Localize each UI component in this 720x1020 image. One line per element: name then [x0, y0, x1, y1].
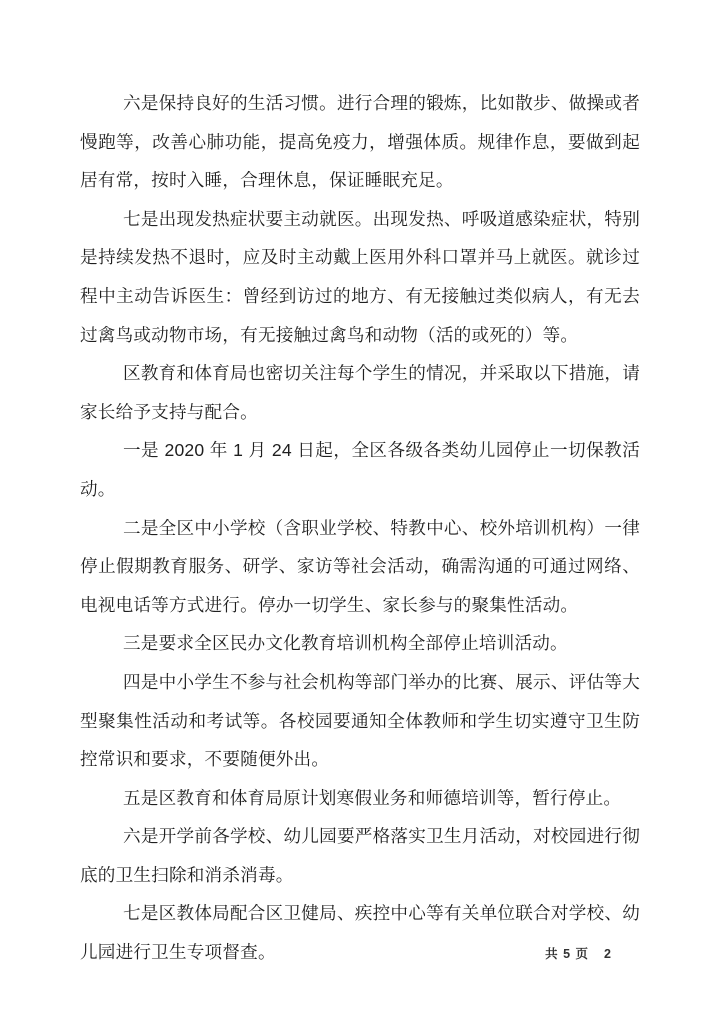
footer-total-pages: 共 5 页 [545, 944, 589, 962]
paragraph: 四是中小学生不参与社会机构等部门举办的比赛、展示、评估等大型聚集性活动和考试等。… [80, 663, 640, 779]
paragraph: 七是出现发热症状要主动就医。出现发热、呼吸道感染症状，特别是持续发热不退时，应及… [80, 200, 640, 354]
footer-page-number: 2 [604, 947, 612, 961]
paragraph: 一是 2020 年 1 月 24 日起，全区各级各类幼儿园停止一切保教活动。 [80, 431, 640, 508]
document-body: 六是保持良好的生活习惯。进行合理的锻炼，比如散步、做操或者慢跑等，改善心肺功能，… [80, 84, 640, 972]
paragraph: 区教育和体育局也密切关注每个学生的情况，并采取以下措施，请家长给予支持与配合。 [80, 354, 640, 431]
paragraph: 六是保持良好的生活习惯。进行合理的锻炼，比如散步、做操或者慢跑等，改善心肺功能，… [80, 84, 640, 200]
page-footer: 共 5 页 2 [545, 944, 612, 962]
document-page: 六是保持良好的生活习惯。进行合理的锻炼，比如散步、做操或者慢跑等，改善心肺功能，… [0, 0, 720, 1020]
paragraph: 二是全区中小学校（含职业学校、特教中心、校外培训机构）一律停止假期教育服务、研学… [80, 509, 640, 625]
paragraph: 三是要求全区民办文化教育培训机构全部停止培训活动。 [80, 624, 640, 663]
paragraph: 六是开学前各学校、幼儿园要严格落实卫生月活动，对校园进行彻底的卫生扫除和消杀消毒… [80, 817, 640, 894]
paragraph: 五是区教育和体育局原计划寒假业务和师德培训等，暂行停止。 [80, 779, 640, 818]
